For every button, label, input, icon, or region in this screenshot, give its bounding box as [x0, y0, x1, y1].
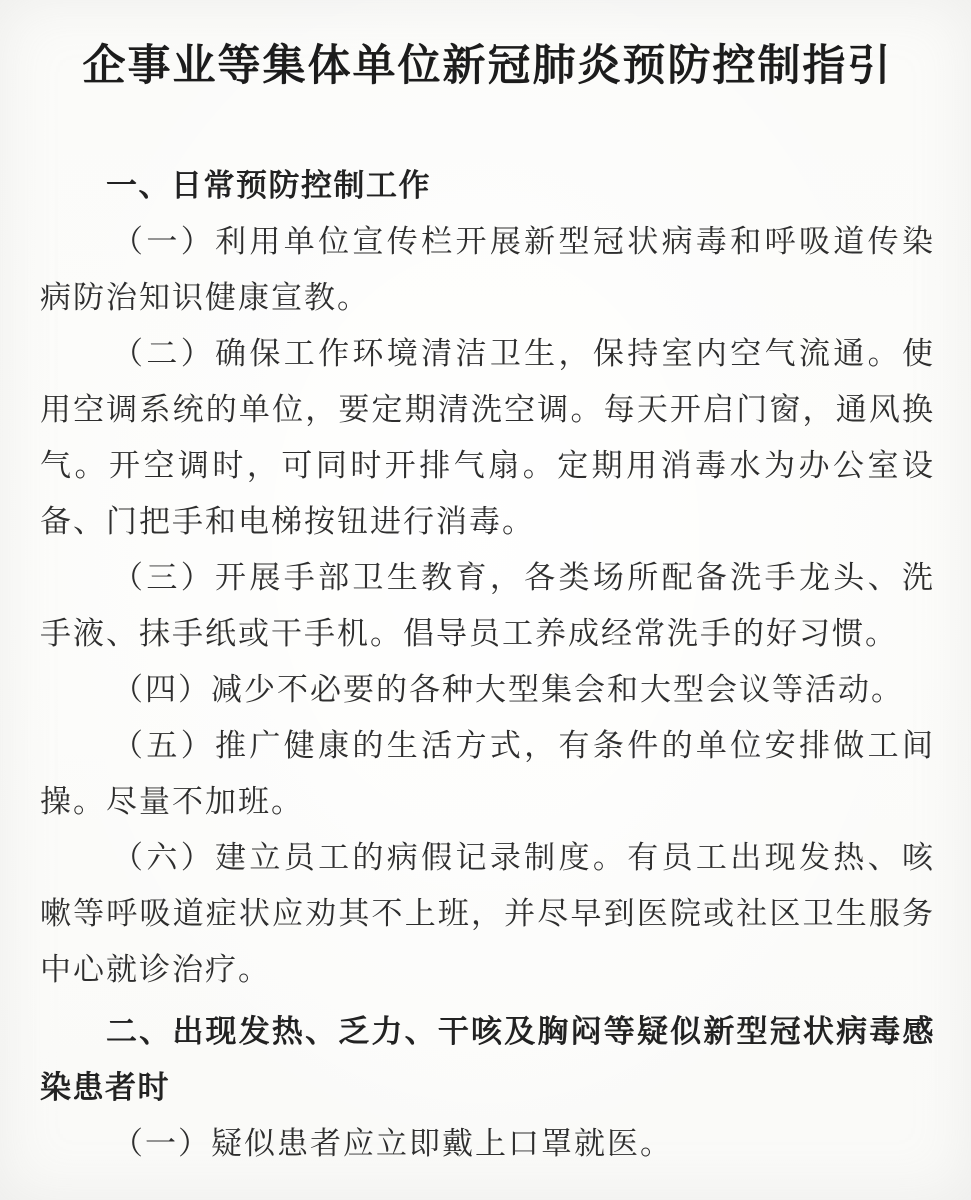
section-2-paragraph-1: （一）疑似患者应立即戴上口罩就医。: [40, 1116, 935, 1172]
section-1-heading: 一、日常预防控制工作: [40, 158, 935, 214]
document-body: 一、日常预防控制工作 （一）利用单位宣传栏开展新型冠状病毒和呼吸道传染病防治知识…: [40, 158, 935, 1172]
section-1-paragraph-4: （四）减少不必要的各种大型集会和大型会议等活动。: [40, 662, 935, 718]
document-title: 企事业等集体单位新冠肺炎预防控制指引: [40, 36, 935, 98]
section-1-paragraph-2: （二）确保工作环境清洁卫生，保持室内空气流通。使用空调系统的单位，要定期清洗空调…: [40, 326, 935, 550]
section-1-paragraph-5: （五）推广健康的生活方式，有条件的单位安排做工间操。尽量不加班。: [40, 718, 935, 830]
section-2-heading: 二、出现发热、乏力、干咳及胸闷等疑似新型冠状病毒感染患者时: [40, 1004, 935, 1116]
section-1-paragraph-3: （三）开展手部卫生教育，各类场所配备洗手龙头、洗手液、抹手纸或干手机。倡导员工养…: [40, 550, 935, 662]
section-1-paragraph-1: （一）利用单位宣传栏开展新型冠状病毒和呼吸道传染病防治知识健康宣教。: [40, 214, 935, 326]
section-1-paragraph-6: （六）建立员工的病假记录制度。有员工出现发热、咳嗽等呼吸道症状应劝其不上班，并尽…: [40, 830, 935, 998]
scanned-document-page: 企事业等集体单位新冠肺炎预防控制指引 一、日常预防控制工作 （一）利用单位宣传栏…: [0, 0, 971, 1200]
